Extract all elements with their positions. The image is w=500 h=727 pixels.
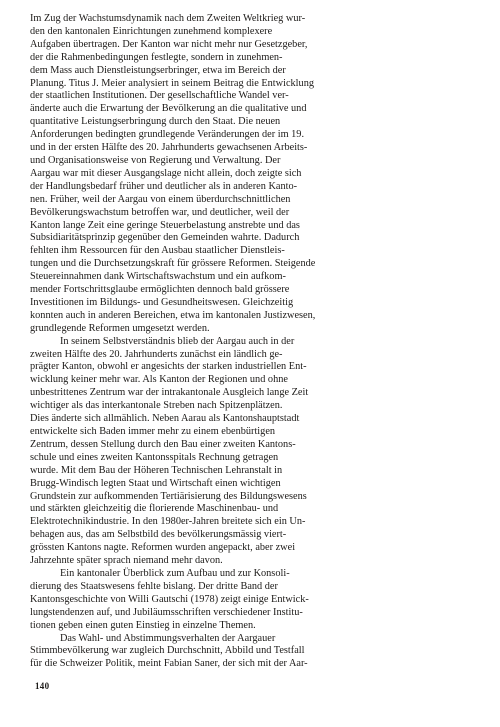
book-page: Im Zug der Wachstumsdynamik nach dem Zwe… bbox=[0, 0, 500, 727]
body-paragraph: Ein kantonaler Überblick zum Aufbau und … bbox=[30, 568, 415, 633]
body-paragraph: Im Zug der Wachstumsdynamik nach dem Zwe… bbox=[30, 13, 415, 336]
page-number: 140 bbox=[35, 681, 49, 691]
body-paragraph: Das Wahl- und Abstimmungsverhalten der A… bbox=[30, 633, 415, 672]
body-text: Im Zug der Wachstumsdynamik nach dem Zwe… bbox=[30, 13, 415, 671]
body-paragraph: In seinem Selbstverständnis blieb der Aa… bbox=[30, 336, 415, 568]
